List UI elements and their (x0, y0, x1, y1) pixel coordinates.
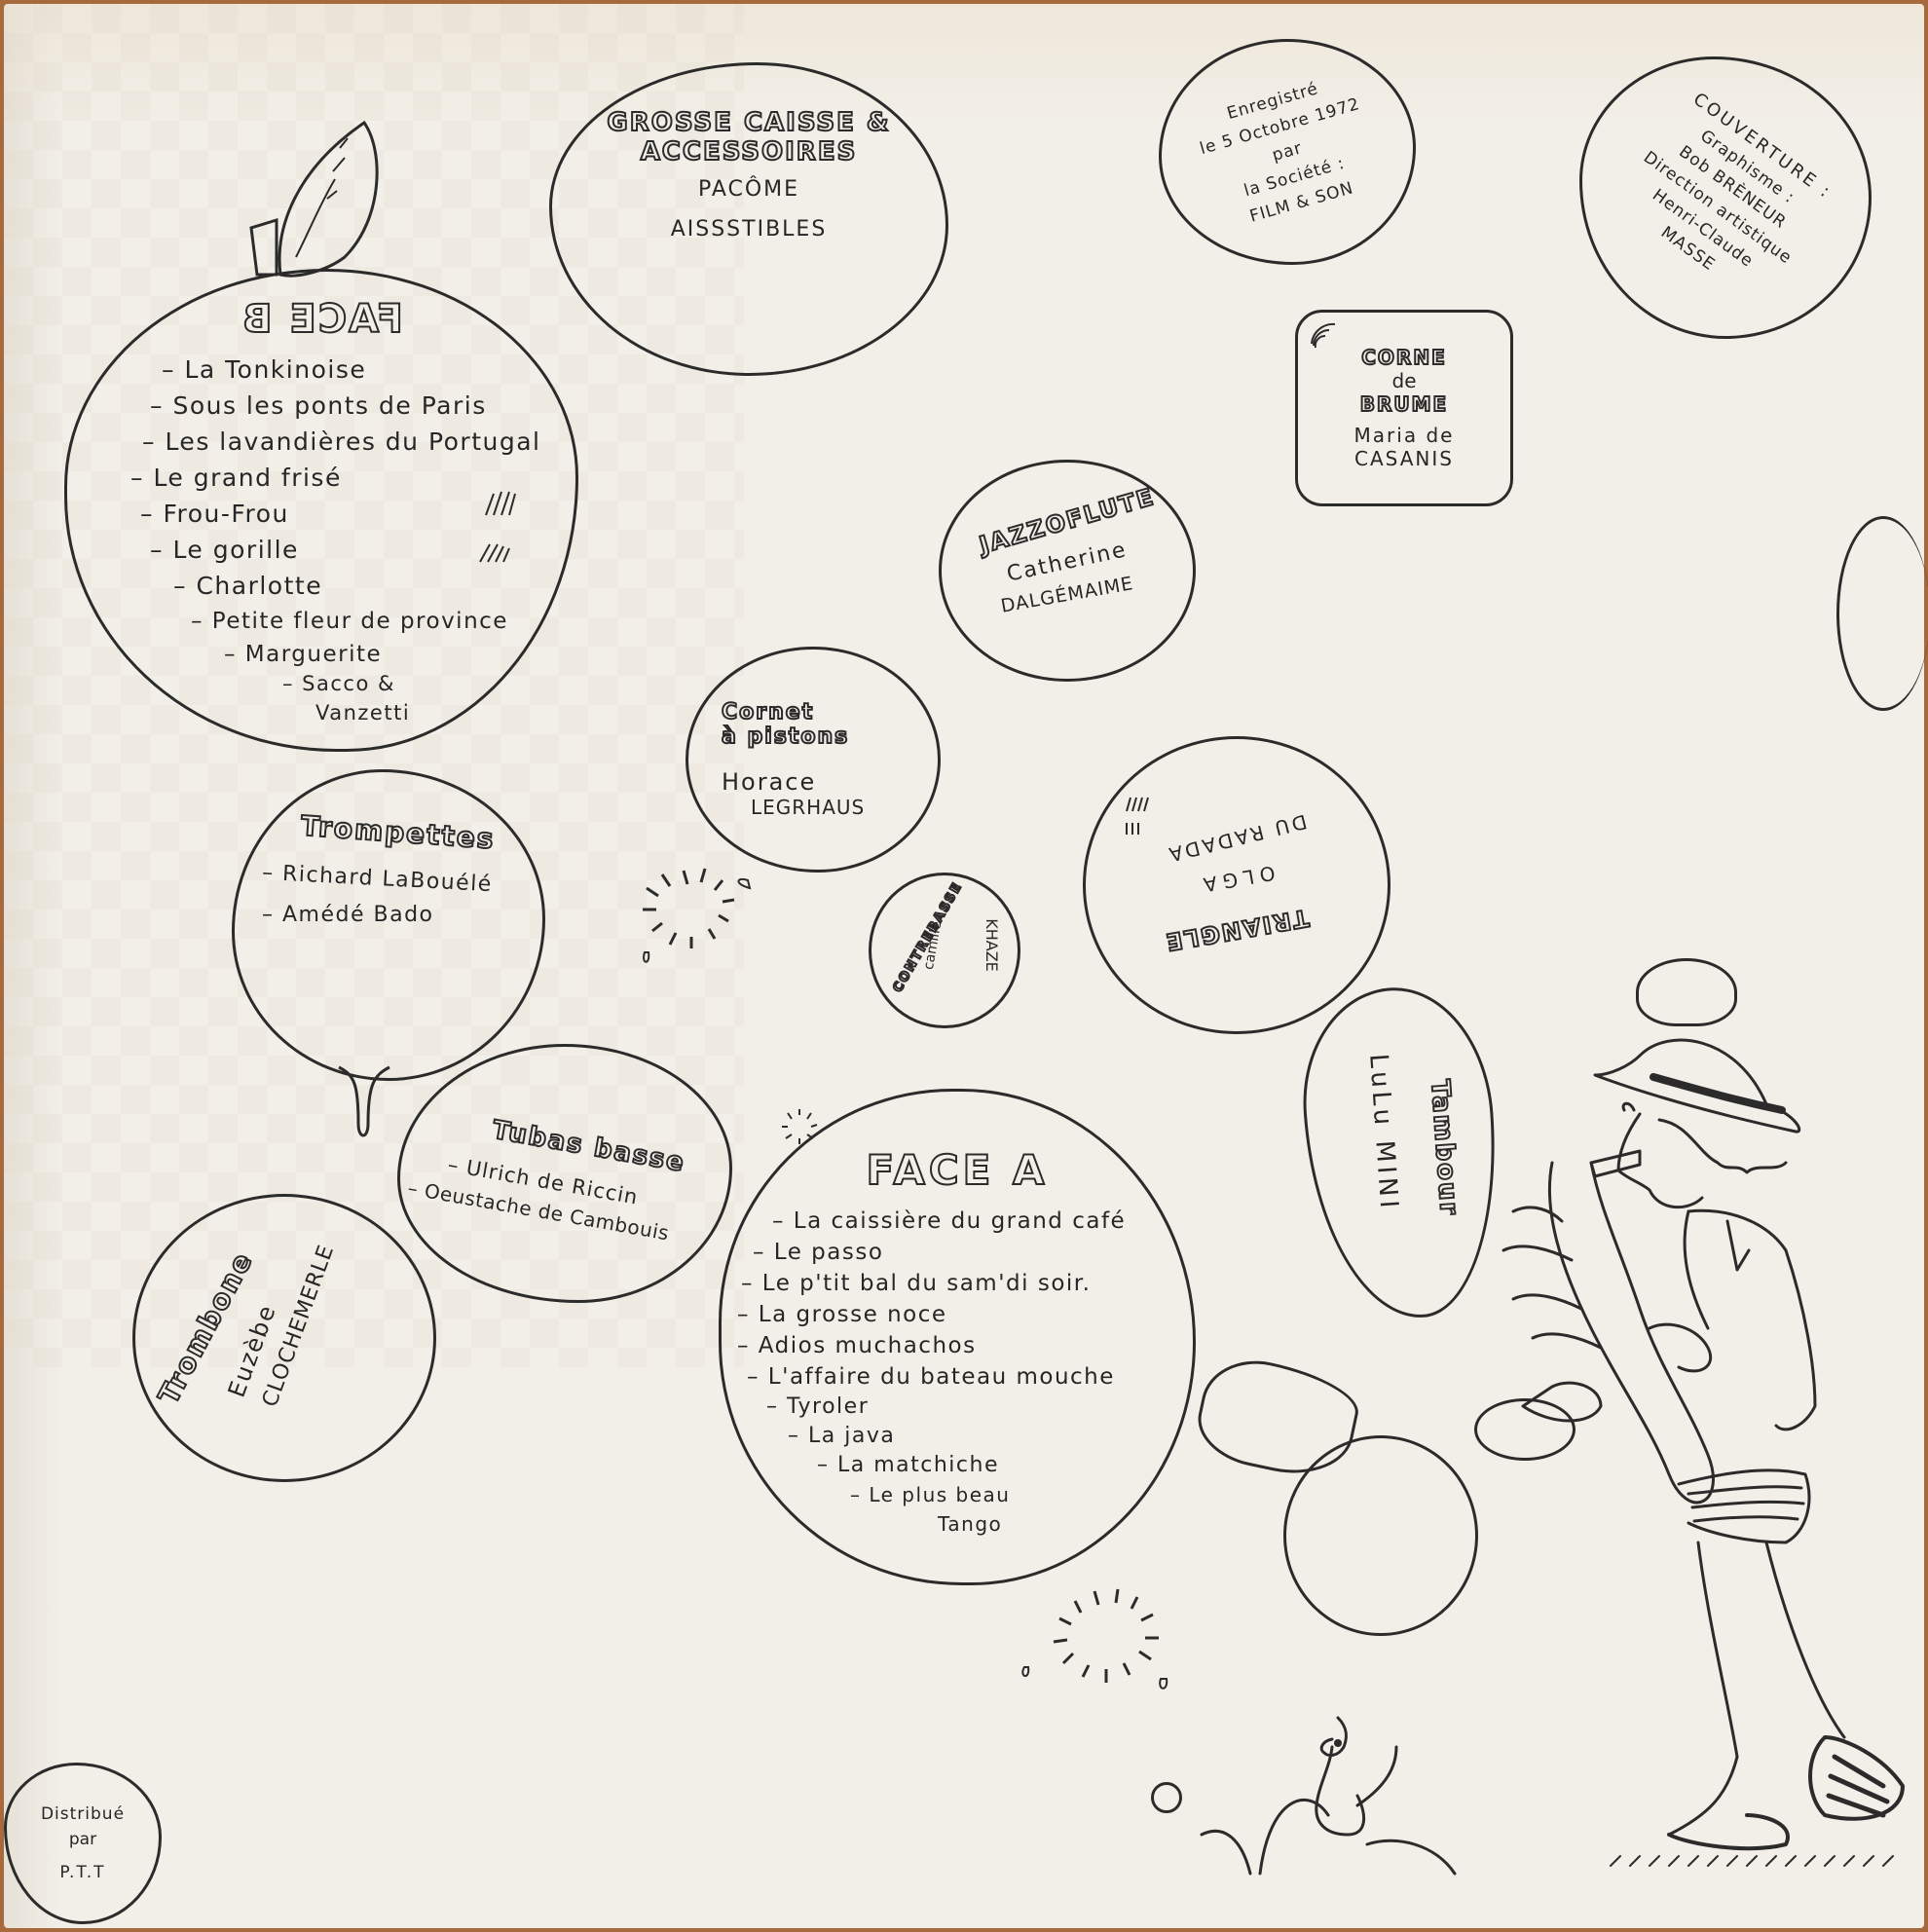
face-a-title: FACE A (866, 1146, 1048, 1194)
sparkle-icon (1017, 1581, 1192, 1698)
face-a-track: – La grosse noce (733, 1299, 1181, 1330)
apple-leaf-icon (238, 111, 432, 286)
triangle-bubble: TRIANGLE OLGA DU RADADA (1083, 736, 1390, 1034)
cornet-instrument: Cornet (722, 700, 814, 724)
face-a-bubble: FACE A – La caissière du grand café – Le… (719, 1089, 1196, 1585)
kangaroo-illustration (1202, 1689, 1455, 1874)
face-b-track: – Les lavandières du Portugal (107, 424, 536, 460)
tambour-bubble: Tambour LuLu MINI (1295, 982, 1506, 1325)
face-a-tracklist: – La caissière du grand café – Le passo … (733, 1206, 1181, 1539)
face-b-track: Vanzetti (107, 698, 536, 727)
tambour-instrument: Tambour (1425, 1079, 1464, 1218)
cornet-bubble: Cornet à pistons Horace LEGRHAUS (686, 647, 941, 873)
tambour-player: LuLu MINI (1363, 1053, 1403, 1212)
drip-icon (335, 1065, 393, 1143)
grosse-caisse-bubble: GROSSE CAISSE & ACCESSOIRES PACÔME AISSS… (549, 62, 948, 376)
corne-instrument: BRUME (1360, 392, 1448, 416)
face-b-apple: FACE B – La Tonkinoise – Sous les ponts … (64, 269, 578, 752)
face-b-track: – Frou-Frou (107, 496, 536, 532)
triangle-upside-down-text: TRIANGLE OLGA DU RADADA (1164, 827, 1310, 944)
face-b-track: – Sacco & (107, 669, 536, 698)
cornet-player-first: Horace (722, 768, 816, 796)
face-a-track: Tango (733, 1509, 1181, 1539)
motion-lines-icon (476, 486, 535, 574)
corne-player-last: CASANIS (1354, 447, 1454, 470)
face-a-track: – Le passo (733, 1237, 1181, 1268)
sparkle-icon (780, 1107, 819, 1146)
face-a-track: – La java (733, 1422, 1181, 1451)
face-a-track: – La caissière du grand café (733, 1206, 1181, 1237)
corne-de-brume-bubble: CORNE de BRUME Maria de CASANIS (1295, 310, 1513, 506)
saxophone-player-illustration (1494, 1017, 1922, 1874)
cover-credits-text: COUVERTURE : Graphisme : Bob BRÈNEUR Dir… (1609, 84, 1842, 312)
face-b-track: – Marguerite (107, 640, 536, 669)
trompettes-instrument: Trompettes (261, 807, 496, 856)
cornet-player-last: LEGRHAUS (722, 796, 865, 819)
contrebasse-player-last: KHAZE (983, 918, 1001, 972)
face-b-track: – Petite fleur de province (107, 604, 536, 640)
face-b-track: – Le gorille (107, 532, 536, 568)
triangle-player-first: OLGA (1196, 861, 1277, 898)
trompettes-player: – Amédé Bado (262, 903, 434, 927)
motion-lines-icon (1123, 796, 1162, 844)
face-b-track: – Sous les ponts de Paris (107, 388, 536, 424)
trompettes-player: – Richard LaBouélé (262, 861, 494, 897)
corne-instrument: de (1392, 369, 1417, 392)
face-a-track: – La matchiche (733, 1451, 1181, 1480)
empty-small-bubble (1151, 1782, 1182, 1813)
sparkle-icon (627, 851, 763, 968)
distribution-line: par (69, 1830, 96, 1849)
face-a-track: – L'affaire du bateau mouche (733, 1361, 1181, 1393)
tubas-bubble: Tubas basse – Ulrich de Riccin – Oeustac… (397, 1044, 732, 1303)
triangle-instrument: TRIANGLE (1163, 904, 1311, 956)
empty-bubble-right-edge (1836, 516, 1928, 711)
record-sleeve-back: FACE B – La Tonkinoise – Sous les ponts … (4, 4, 1924, 1928)
distribution-bubble: Distribué par P.T.T (4, 1763, 162, 1924)
jazzoflute-bubble: JAZZOFLUTE Catherine DALGÉMAIME (939, 460, 1196, 682)
contrebasse-bubble: CONTREBASSE camille KHAZE (869, 873, 1020, 1028)
cornet-instrument: à pistons (722, 724, 849, 749)
distribution-line: Distribué (41, 1804, 125, 1824)
grosse-caisse-first-name: PACÔME (698, 177, 799, 202)
triangle-player-last: DU RADADA (1164, 809, 1309, 867)
recording-info-text: Enregistré le 5 Octobre 1972 par la Soci… (1190, 66, 1386, 239)
face-a-track: – Le plus beau (733, 1480, 1181, 1509)
corne-instrument: CORNE (1361, 346, 1446, 369)
grosse-caisse-last-name: AISSSTIBLES (671, 217, 828, 241)
sound-waves-icon (1310, 322, 1343, 352)
face-b-title: FACE B (241, 297, 403, 342)
face-b-track: – Charlotte (107, 568, 536, 604)
recording-info-bubble: Enregistré le 5 Octobre 1972 par la Soci… (1159, 39, 1416, 265)
face-a-track: – Le p'tit bal du sam'di soir. (733, 1268, 1181, 1299)
corne-player-first: Maria de (1354, 424, 1455, 447)
face-a-track: – Tyroler (733, 1393, 1181, 1422)
grosse-caisse-instrument: GROSSE CAISSE & ACCESSOIRES (552, 108, 945, 167)
trompettes-bubble: Trompettes – Richard LaBouélé – Amédé Ba… (232, 769, 545, 1081)
face-a-track: – Adios muchachos (733, 1330, 1181, 1361)
trombone-bubble: Trombone Euzèbe CLOCHEMERLE (132, 1194, 436, 1482)
distributor-name: P.T.T (59, 1863, 105, 1882)
face-b-track: – La Tonkinoise (107, 352, 536, 388)
empty-round-bubble (1283, 1435, 1478, 1636)
cover-credits-bubble: COUVERTURE : Graphisme : Bob BRÈNEUR Dir… (1579, 56, 1872, 339)
jazzoflute-instrument: JAZZOFLUTE (977, 482, 1158, 558)
face-b-track: – Le grand frisé (107, 460, 536, 496)
face-b-tracklist: – La Tonkinoise – Sous les ponts de Pari… (107, 352, 536, 727)
